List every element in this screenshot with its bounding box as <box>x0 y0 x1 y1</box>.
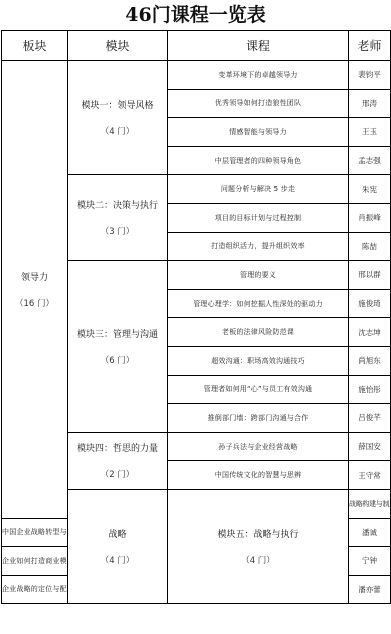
teacher-name: 王守常 <box>349 461 391 490</box>
course-title: 情感智能与领导力 <box>168 118 349 147</box>
block-count: （4 门） <box>68 554 167 566</box>
module-name: 模块四：哲思的力量 <box>68 441 167 454</box>
teacher-name: 陈喆 <box>349 232 391 261</box>
teacher-name: 潘亦蕾 <box>349 575 391 604</box>
teacher-name: 朱宪 <box>349 175 391 204</box>
module-count: （4 门） <box>168 554 348 566</box>
block-name: 领导力 <box>2 270 67 283</box>
teacher-name: 王玉 <box>349 118 391 147</box>
module-cell-3: 模块三：管理与沟通 （6 门） <box>68 261 168 433</box>
module-cell-2: 模块二：决策与执行 （3 门） <box>68 175 168 261</box>
block-cell-leadership: 领导力 （16 门） <box>2 61 68 519</box>
teacher-name: 施怡彤 <box>349 375 391 404</box>
header-block: 板块 <box>2 31 68 61</box>
block-cell-strategy: 战略 （4 门） <box>68 489 168 603</box>
module-cell-4: 模块四：哲思的力量 （2 门） <box>68 432 168 489</box>
teacher-name: 薛国安 <box>349 432 391 461</box>
course-title: 中层管理者的四种领导角色 <box>168 146 349 175</box>
course-title: 打造组织活力，提升组织效率 <box>168 232 349 261</box>
teacher-name: 裴钧平 <box>349 61 391 90</box>
course-title: 企业如何打造商业模式的护城河？ <box>2 547 68 576</box>
module-cell-5: 模块五：战略与执行 （4 门） <box>168 489 349 603</box>
module-name: 模块二：决策与执行 <box>68 198 167 211</box>
header-module: 模块 <box>68 31 168 61</box>
course-title: 优秀领导如何打造狼性团队 <box>168 89 349 118</box>
module-count: （4 门） <box>68 125 167 137</box>
course-title: 企业战略的定位与配称 <box>2 575 68 604</box>
course-title: 中国企业战略转型与创新 <box>2 518 68 547</box>
teacher-name: 施俊琦 <box>349 289 391 318</box>
table-row: 领导力 （16 门） 模块一：领导风格 （4 门） 变革环境下的卓越领导力 裴钧… <box>2 61 391 90</box>
course-title: 项目的目标计划与过程控制 <box>168 203 349 232</box>
teacher-name: 潘诚 <box>349 518 391 547</box>
course-title: 管理的要义 <box>168 261 349 290</box>
course-table: 板块 模块 课程 老师 领导力 （16 门） 模块一：领导风格 （4 门） 变革… <box>1 30 391 604</box>
course-title: 战略构建与制度体系——人力资源管理全景视角 <box>349 489 391 518</box>
module-name: 模块一：领导风格 <box>68 98 167 111</box>
block-name: 战略 <box>68 527 167 540</box>
teacher-name: 沈志坤 <box>349 318 391 347</box>
teacher-name: 邢以群 <box>349 261 391 290</box>
page-title: 46门课程一览表 <box>0 0 391 30</box>
course-title: 推倒部门墙：跨部门沟通与合作 <box>168 404 349 433</box>
module-cell-1: 模块一：领导风格 （4 门） <box>68 61 168 175</box>
header-teacher: 老师 <box>349 31 391 61</box>
teacher-name: 宁钟 <box>349 547 391 576</box>
module-name: 模块五：战略与执行 <box>168 527 348 540</box>
teacher-name: 吕俊芊 <box>349 404 391 433</box>
teacher-name: 孟志强 <box>349 146 391 175</box>
teacher-name: 邢涛 <box>349 89 391 118</box>
module-count: （3 门） <box>68 225 167 237</box>
course-title: 管理心理学：如何挖掘人性深处的驱动力 <box>168 289 349 318</box>
header-course: 课程 <box>168 31 349 61</box>
module-name: 模块三：管理与沟通 <box>68 327 167 340</box>
course-title: 管理者如何用“心”与员工有效沟通 <box>168 375 349 404</box>
course-title: 老板的法律风险防范课 <box>168 318 349 347</box>
block-count: （16 门） <box>2 297 67 309</box>
teacher-name: 肖振峰 <box>349 203 391 232</box>
course-title: 问题分析与解决 5 步走 <box>168 175 349 204</box>
course-title: 变革环境下的卓越领导力 <box>168 61 349 90</box>
module-count: （2 门） <box>68 468 167 480</box>
course-title: 孙子兵法与企业经营战略 <box>168 432 349 461</box>
module-count: （6 门） <box>68 354 167 366</box>
header-row: 板块 模块 课程 老师 <box>2 31 391 61</box>
course-title: 中国传统文化的智慧与思辨 <box>168 461 349 490</box>
teacher-name: 尚旭东 <box>349 346 391 375</box>
course-title: 超效沟通：职场高效沟通技巧 <box>168 346 349 375</box>
